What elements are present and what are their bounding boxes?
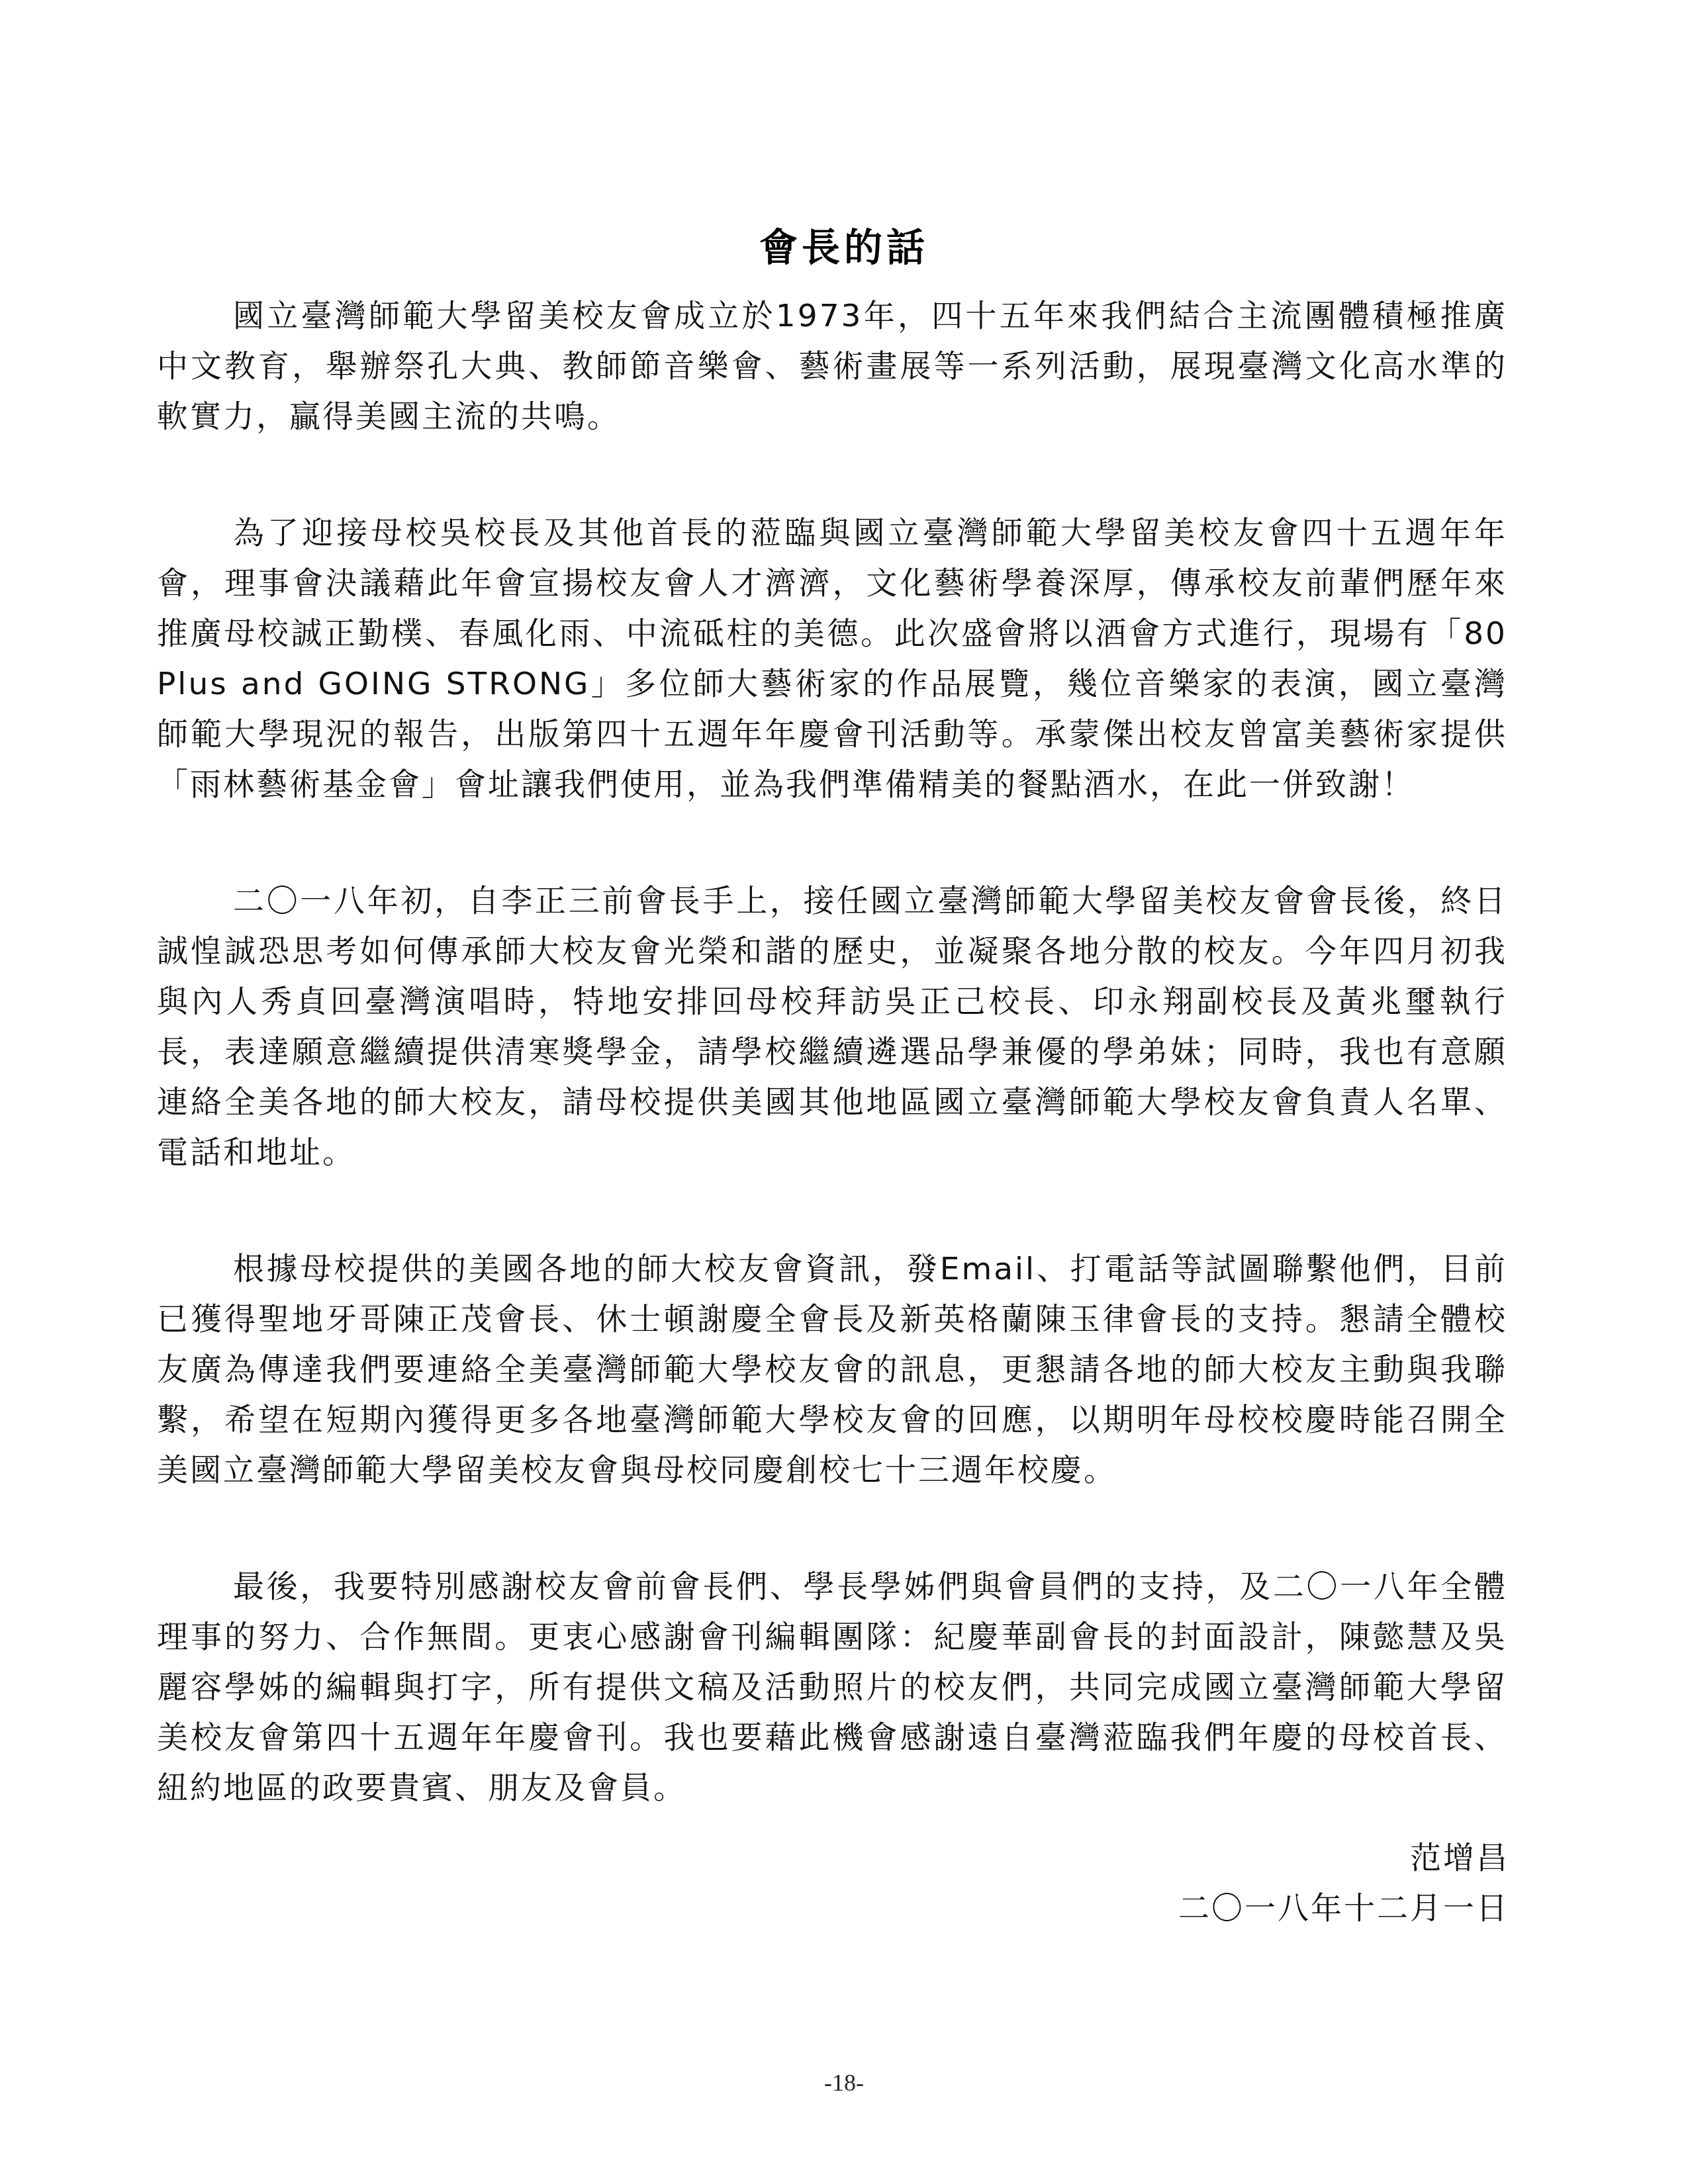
paragraph-anniversary-event: 為了迎接母校吳校長及其他首長的蒞臨與國立臺灣師範大學留美校友會四十五週年年會，理…	[157, 508, 1507, 810]
signature-block: 范增昌 二〇一八年十二月一日	[1178, 1833, 1509, 1934]
signature-date: 二〇一八年十二月一日	[1178, 1884, 1509, 1934]
document-page: 會長的話 國立臺灣師範大學留美校友會成立於1973年，四十五年來我們結合主流團體…	[0, 0, 1688, 2184]
paragraph-intro: 國立臺灣師範大學留美校友會成立於1973年，四十五年來我們結合主流團體積極推廣中…	[157, 291, 1507, 442]
signature-name: 范增昌	[1178, 1833, 1509, 1884]
paragraph-presidency: 二〇一八年初，自李正三前會長手上，接任國立臺灣師範大學留美校友會會長後，終日誠惶…	[157, 876, 1507, 1178]
page-number: -18-	[0, 2068, 1688, 2097]
letter-body: 國立臺灣師範大學留美校友會成立於1973年，四十五年來我們結合主流團體積極推廣中…	[157, 291, 1507, 1880]
paragraph-acknowledgements: 最後，我要特別感謝校友會前會長們、學長學姊們與會員們的支持，及二〇一八年全體理事…	[157, 1562, 1507, 1813]
page-title: 會長的話	[0, 224, 1688, 271]
paragraph-outreach: 根據母校提供的美國各地的師大校友會資訊，發Email、打電話等試圖聯繫他們，目前…	[157, 1244, 1507, 1496]
